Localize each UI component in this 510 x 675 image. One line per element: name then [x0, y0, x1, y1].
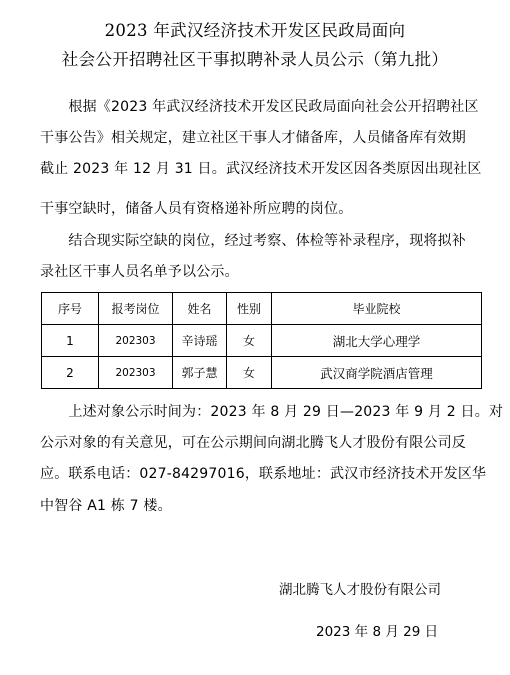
table-header-row: 序号 报考岗位 姓名 性别 毕业院校	[42, 293, 482, 325]
header-position: 报考岗位	[99, 293, 173, 325]
cell-index: 2	[42, 357, 99, 389]
header-index: 序号	[42, 293, 99, 325]
document-title-line-2: 社会公开招聘社区干事拟聘补录人员公示（第九批）	[0, 46, 510, 70]
paragraph-1-line-2: 干事公告》相关规定，建立社区干事人才储备库，人员储备库有效期	[40, 127, 490, 147]
cell-position: 202303	[99, 357, 173, 389]
signature-date: 2023 年 8 月 29 日	[316, 620, 438, 640]
paragraph-3-line-4: 中智谷 A1 栋 7 楼。	[40, 495, 490, 515]
cell-position: 202303	[99, 325, 173, 357]
cell-gender: 女	[227, 325, 272, 357]
paragraph-2-line-2: 录社区干事人员名单予以公示。	[40, 261, 490, 281]
candidate-table: 序号 报考岗位 姓名 性别 毕业院校 1 202303 辛诗瑶 女 湖北大学心理…	[41, 292, 482, 389]
signature-organization: 湖北腾飞人才股份有限公司	[279, 578, 441, 598]
paragraph-1-line-4: 干事空缺时，储备人员有资格递补所应聘的岗位。	[40, 198, 490, 218]
paragraph-2-line-1: 结合现实际空缺的岗位，经过考察、体检等补录程序，现将拟补	[40, 230, 490, 250]
header-name: 姓名	[173, 293, 227, 325]
document-title-line-1: 2023 年武汉经济技术开发区民政局面向	[0, 17, 510, 41]
paragraph-1-line-1: 根据《2023 年武汉经济技术开发区民政局面向社会公开招聘社区	[40, 96, 490, 116]
header-gender: 性别	[227, 293, 272, 325]
table-row: 2 202303 郭子慧 女 武汉商学院酒店管理	[42, 357, 482, 389]
table-row: 1 202303 辛诗瑶 女 湖北大学心理学	[42, 325, 482, 357]
cell-gender: 女	[227, 357, 272, 389]
paragraph-3-line-1: 上述对象公示时间为：2023 年 8 月 29 日—2023 年 9 月 2 日…	[40, 401, 490, 421]
cell-name: 郭子慧	[173, 357, 227, 389]
paragraph-3-line-3: 应。联系电话：027-84297016，联系地址：武汉市经济技术开发区华	[40, 463, 490, 483]
cell-school: 湖北大学心理学	[272, 325, 482, 357]
cell-index: 1	[42, 325, 99, 357]
cell-name: 辛诗瑶	[173, 325, 227, 357]
header-school: 毕业院校	[272, 293, 482, 325]
cell-school: 武汉商学院酒店管理	[272, 357, 482, 389]
paragraph-3-line-2: 公示对象的有关意见，可在公示期间向湖北腾飞人才股份有限公司反	[40, 432, 490, 452]
paragraph-1-line-3: 截止 2023 年 12 月 31 日。武汉经济技术开发区因各类原因出现社区	[40, 158, 490, 178]
